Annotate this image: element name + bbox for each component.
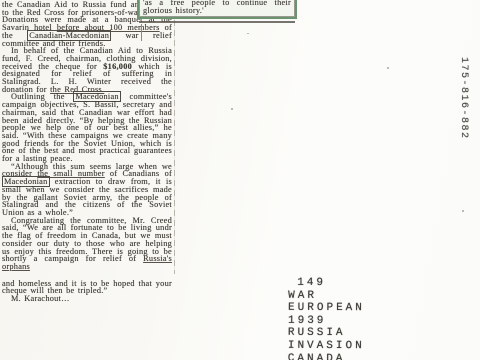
scan-speck — [247, 33, 249, 34]
microfilm-number: 175-816-882 — [458, 57, 469, 140]
stamp-line: INVASION — [288, 340, 365, 353]
text-segment: and homeless and it is to be hoped that … — [2, 279, 172, 296]
article-paragraph: and homeless and it is to be hoped that … — [2, 280, 172, 295]
article-paragraph: Congratulating the committee, Mr. Creed … — [2, 217, 172, 271]
horizontal-rule — [139, 21, 295, 23]
stamp-line: 149 — [297, 277, 365, 290]
highlighted-note-box: 'as a free people to continue their glor… — [137, 0, 297, 19]
column-rule — [174, 0, 175, 274]
stamp-line: 1939 — [288, 315, 365, 328]
note-text: 'as a free people to continue their glor… — [143, 0, 291, 15]
article-paragraph: “Although this sum seems large when we c… — [2, 163, 172, 217]
scan-speck — [9, 126, 11, 128]
text-segment: committee's campaign objectives, S. Bass… — [2, 92, 172, 163]
scanned-newspaper-clipping: the Canadian Aid to Russia fund and $4,0… — [0, 0, 480, 360]
archive-stamp: 149WAREUROPEAN1939RUSSIAINVASIONCANADA — [288, 277, 365, 360]
scan-speck — [462, 210, 464, 212]
article-paragraph: Outlining the Macedonian committee's cam… — [2, 93, 172, 162]
article-paragraph: In behalf of the Canadian Aid to Russia … — [2, 47, 172, 93]
scan-speck — [231, 108, 233, 110]
scan-speck — [387, 67, 389, 69]
short-vertical-rule — [141, 24, 142, 41]
stamp-line: RUSSIA — [288, 327, 365, 340]
stamp-line: EUROPEAN — [288, 302, 365, 315]
article-column: the Canadian Aid to Russia fund and $4,0… — [2, 1, 172, 359]
article-paragraph: M. Karachout… — [2, 295, 172, 303]
stamp-line: CANADA — [288, 352, 365, 360]
text-segment: M. Karachout… — [11, 294, 70, 303]
stamp-line: WAR — [288, 289, 365, 302]
